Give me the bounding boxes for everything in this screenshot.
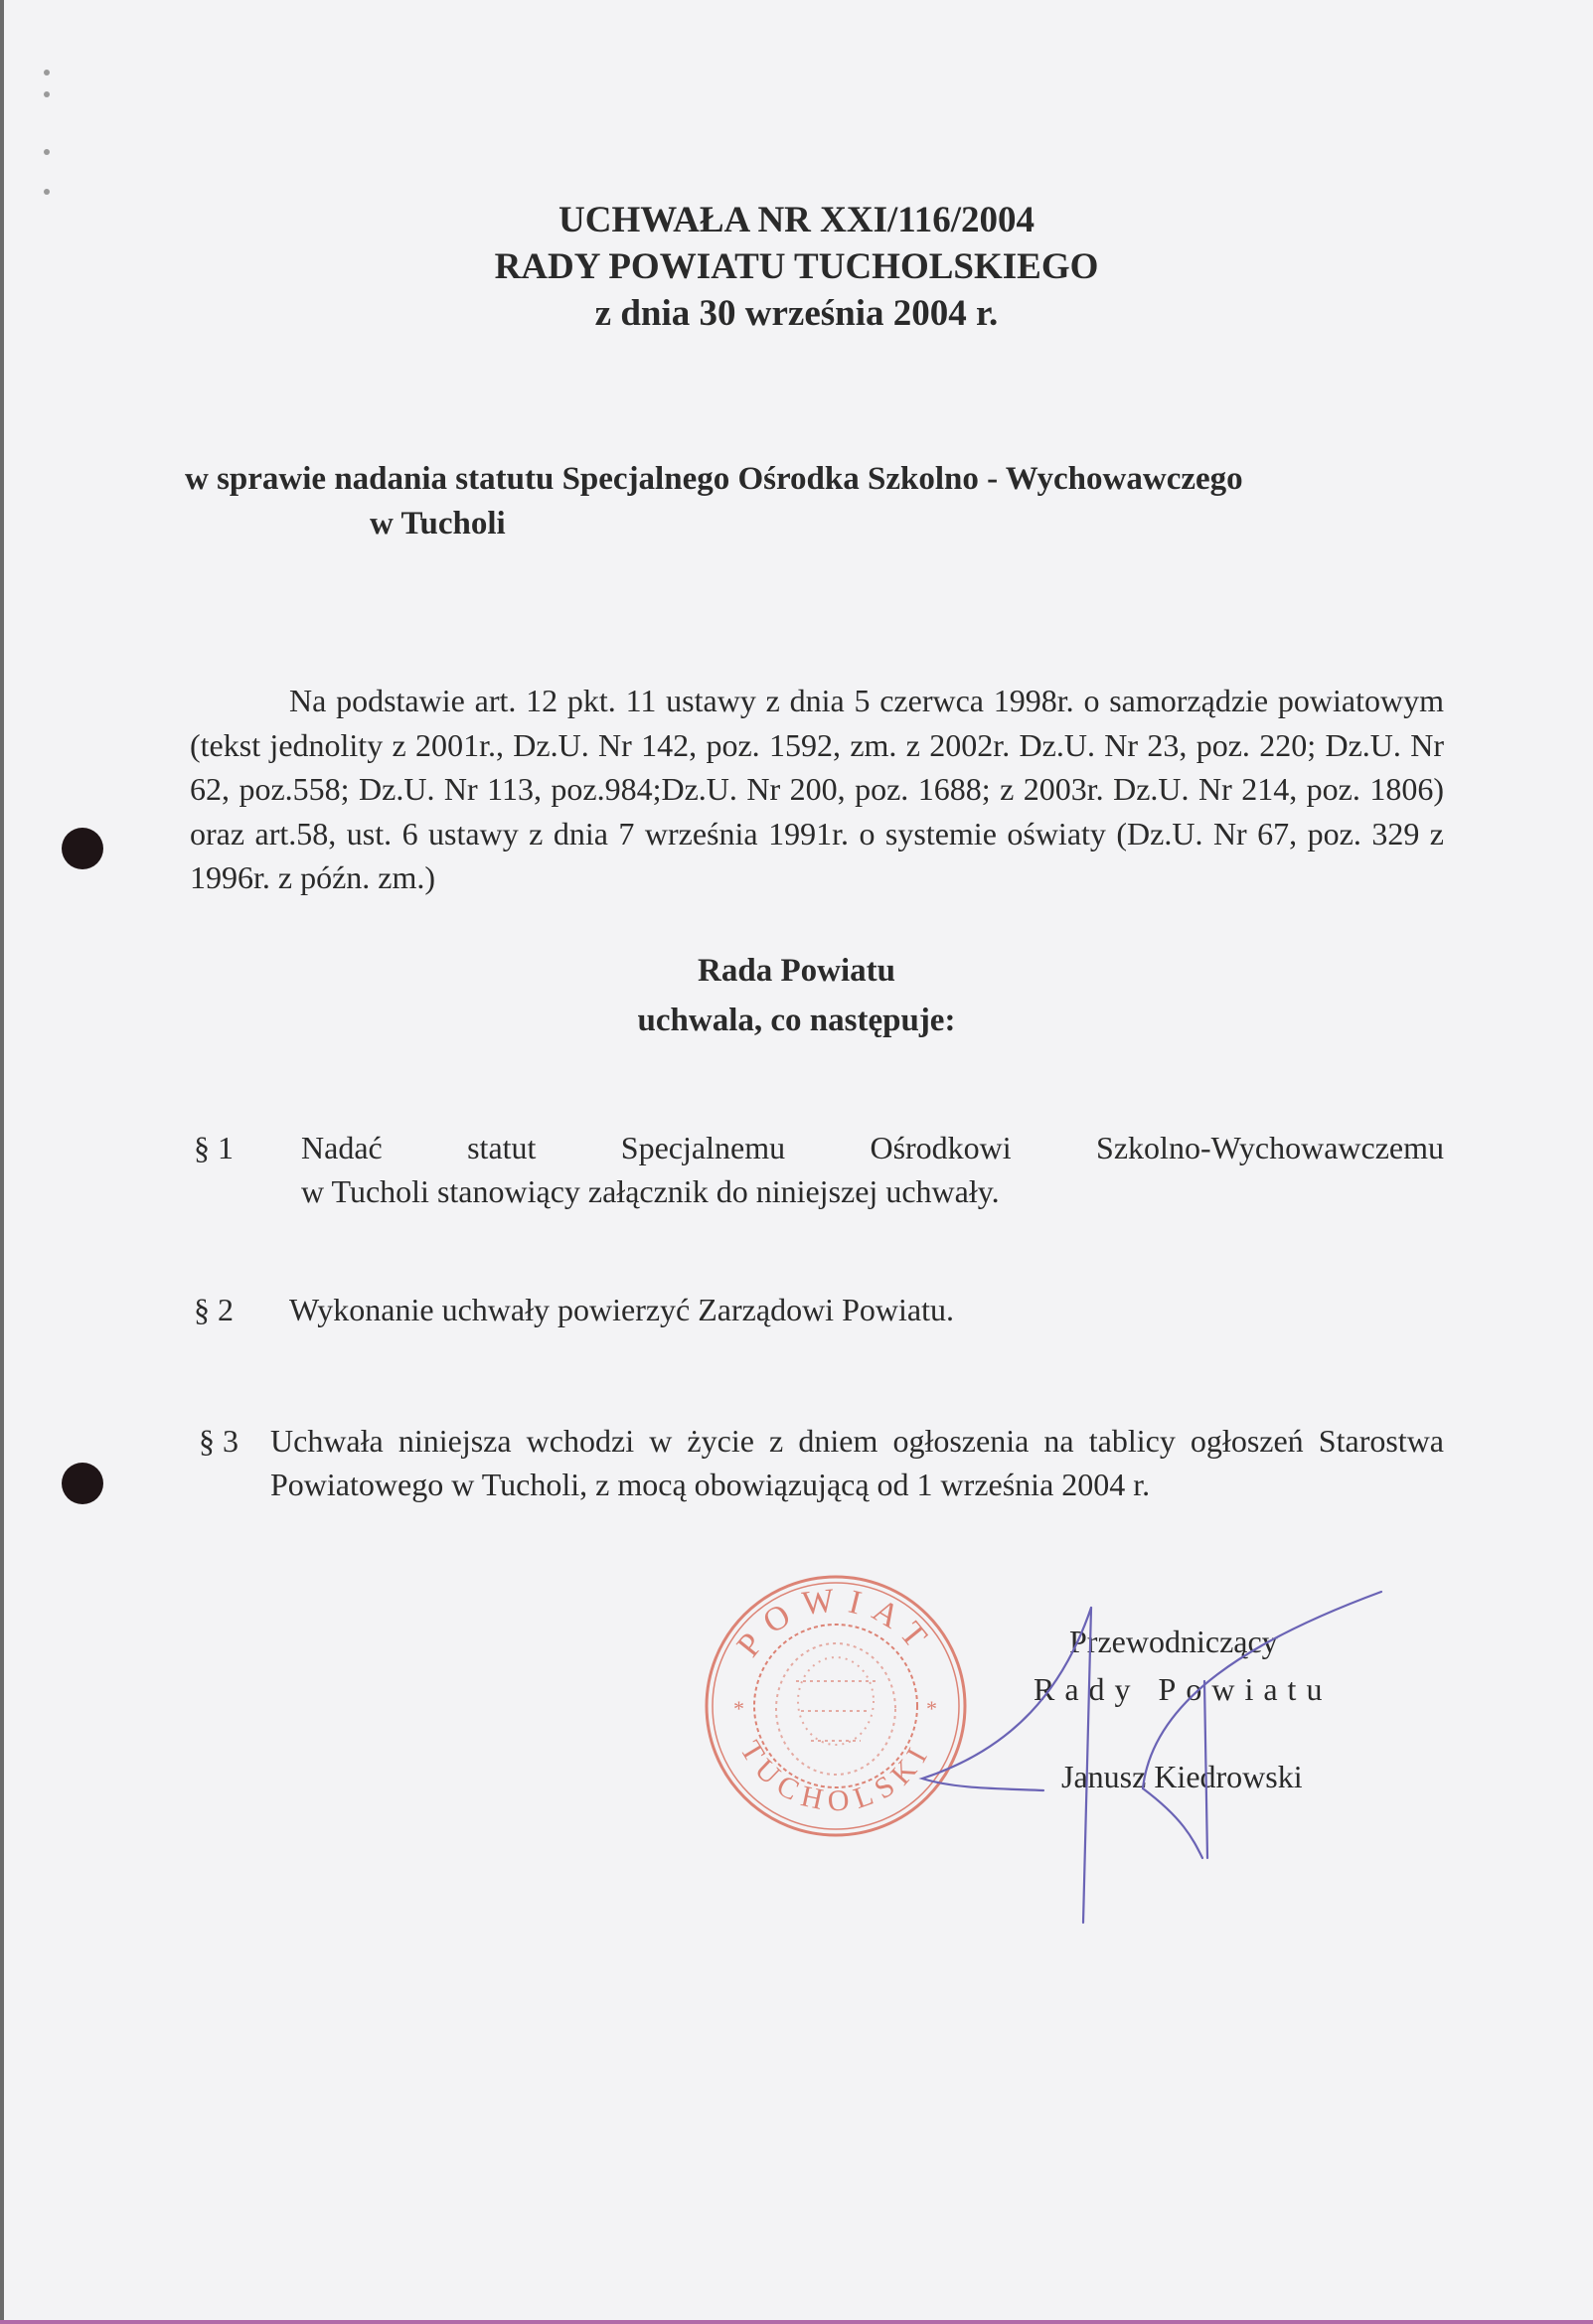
punch-hole-lower: [62, 1463, 103, 1504]
paragraph-mark: § 1: [194, 1126, 234, 1169]
legal-basis-text: Na podstawie art. 12 pkt. 11 ustawy z dn…: [190, 679, 1444, 900]
resolution-number: UCHWAŁA NR XXI/116/2004: [0, 197, 1593, 243]
handwritten-signature: [894, 1580, 1411, 1937]
resolution-date: z dnia 30 września 2004 r.: [0, 290, 1593, 337]
council-name: RADY POWIATU TUCHOLSKIEGO: [0, 243, 1593, 290]
council-line-1: Rada Powiatu: [0, 946, 1593, 996]
legal-basis: Na podstawie art. 12 pkt. 11 ustawy z dn…: [190, 679, 1444, 900]
punch-hole-upper: [62, 828, 103, 869]
subject-line-1: w sprawie nadania statutu Specjalnego Oś…: [185, 461, 1243, 497]
subject-line-2: w Tucholi: [185, 502, 1243, 546]
paragraph-text: Wykonanie uchwały powierzyć Zarządowi Po…: [289, 1288, 1287, 1331]
paragraph-text: Uchwała niniejsza wchodzi w życie z dnie…: [270, 1419, 1444, 1506]
resolution-subject: w sprawie nadania statutu Specjalnego Oś…: [185, 457, 1243, 546]
document-title: UCHWAŁA NR XXI/116/2004 RADY POWIATU TUC…: [0, 197, 1593, 337]
paragraph-3: § 3 Uchwała niniejsza wchodzi w życie z …: [199, 1419, 1444, 1506]
paragraph-2: § 2 Wykonanie uchwały powierzyć Zarządow…: [194, 1288, 1287, 1331]
council-decision-heading: Rada Powiatu uchwala, co następuje:: [0, 946, 1593, 1045]
paragraph-text-last: w Tucholi stanowiący załącznik do niniej…: [301, 1169, 1444, 1213]
paragraph-text: Nadać statut Specjalnemu Ośrodkowi Szkol…: [301, 1130, 1444, 1165]
paragraph-mark: § 2: [194, 1288, 234, 1331]
staple-marks: [44, 70, 54, 199]
scan-edge-bottom: [0, 2320, 1593, 2324]
council-line-2: uchwala, co następuje:: [0, 996, 1593, 1045]
paragraph-mark: § 3: [199, 1419, 239, 1463]
svg-text:*: *: [733, 1696, 744, 1721]
paragraph-1: § 1 Nadać statut Specjalnemu Ośrodkowi S…: [194, 1126, 1444, 1213]
scan-edge-left: [0, 0, 4, 2324]
